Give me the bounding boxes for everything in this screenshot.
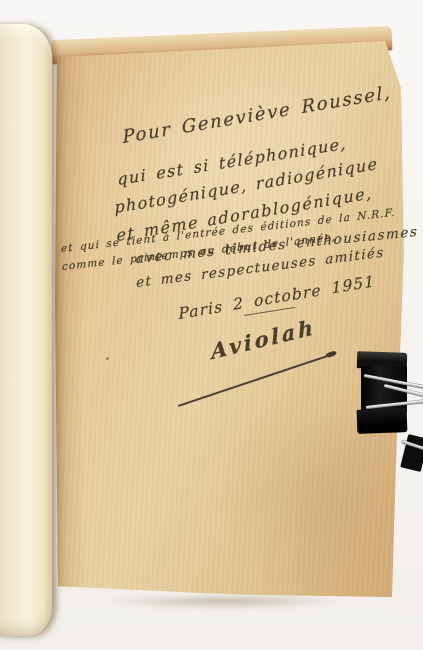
binder-clip [0,0,423,650]
binder-clip-bottom-jaw [357,408,408,434]
book-photo: Pour Geneviève Roussel, qui est si télép… [0,0,423,650]
